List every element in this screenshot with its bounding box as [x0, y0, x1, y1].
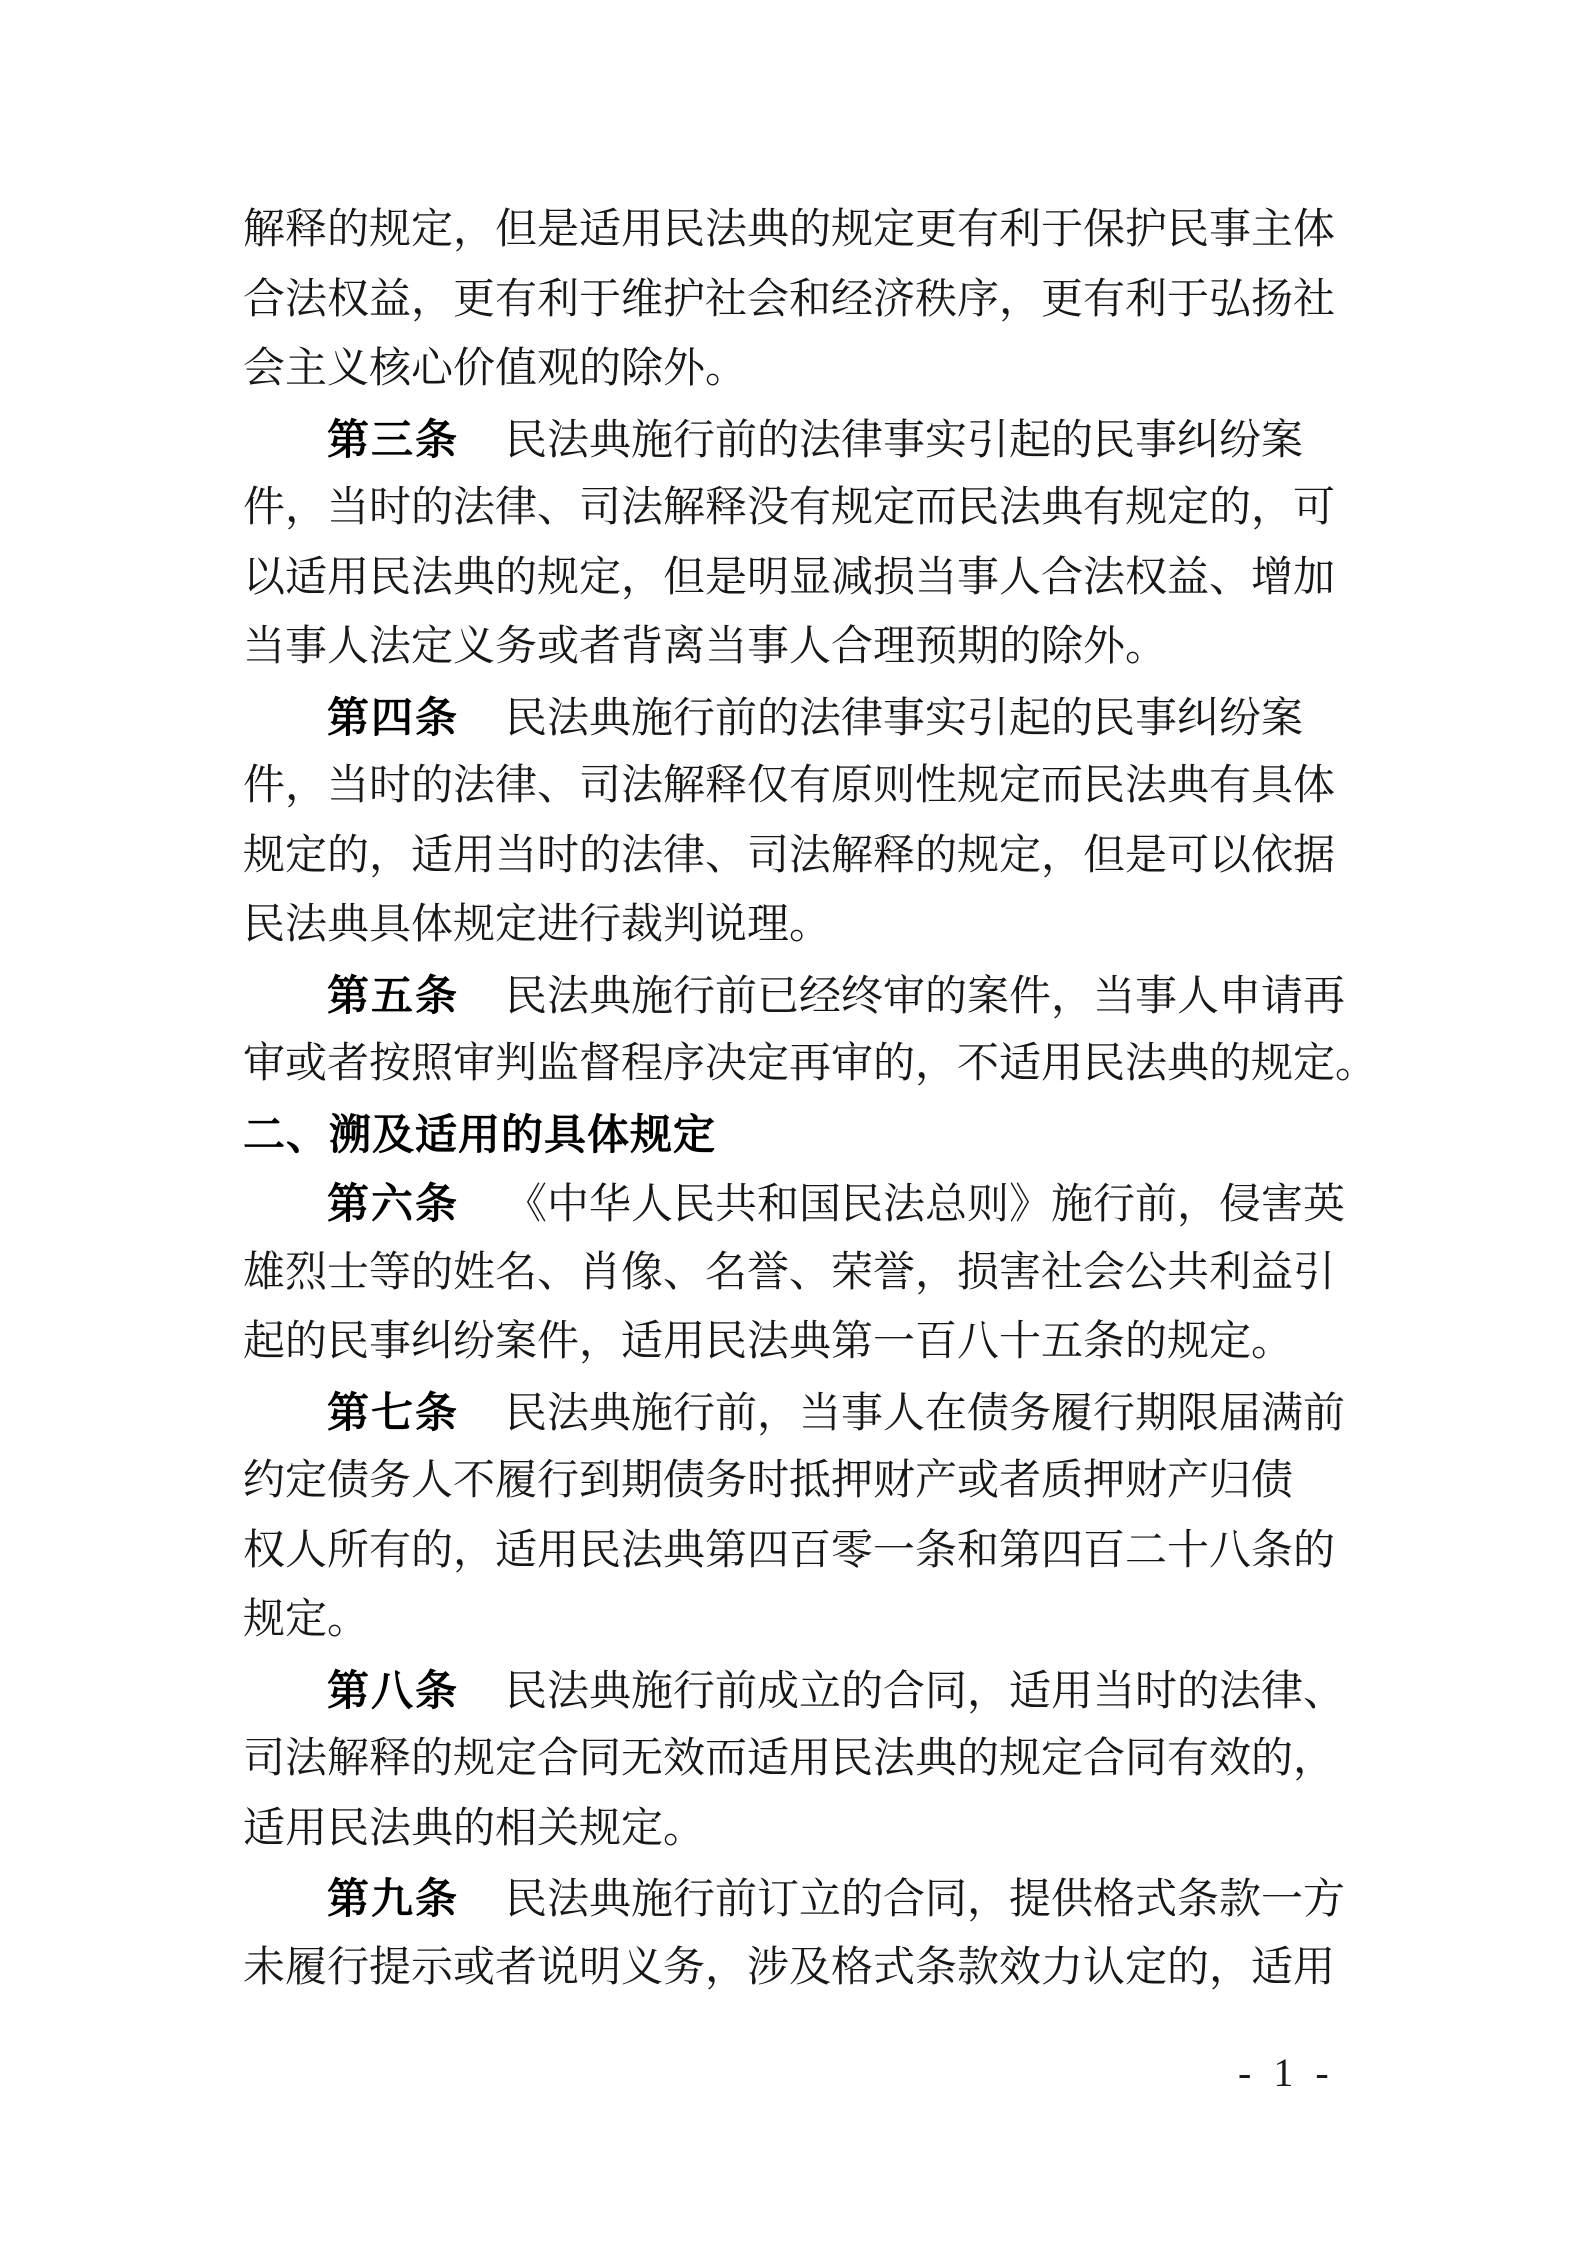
article-text: 民法典施行前的法律事实引起的民事纠纷案 [505, 418, 1303, 464]
article-text: 民法典施行前成立的合同，适用当时的法律、 [505, 1669, 1345, 1715]
document-body: 解释的规定，但是适用民法典的规定更有利于保护民事主体合法权益，更有利于维护社会和… [243, 196, 1343, 2003]
text-line: 规定的，适用当时的法律、司法解释的规定，但是可以依据 [243, 822, 1343, 892]
article-number: 第四条 [327, 694, 459, 741]
article-line: 第九条民法典施行前订立的合同，提供格式条款一方 [243, 1864, 1343, 1934]
text-line: 审或者按照审判监督程序决定再审的，不适用民法典的规定。 [243, 1030, 1343, 1100]
article-number: 第三条 [327, 416, 459, 463]
text-line: 会主义核心价值观的除外。 [243, 335, 1343, 405]
text-line: 解释的规定，但是适用民法典的规定更有利于保护民事主体 [243, 196, 1343, 266]
document-page: 解释的规定，但是适用民法典的规定更有利于保护民事主体合法权益，更有利于维护社会和… [0, 0, 1587, 2245]
article-text: 民法典施行前，当事人在债务履行期限届满前 [505, 1391, 1345, 1437]
text-line: 未履行提示或者说明义务，涉及格式条款效力认定的，适用 [243, 1934, 1343, 2004]
article-number: 第九条 [327, 1875, 459, 1922]
article-text: 民法典施行前的法律事实引起的民事纠纷案 [505, 696, 1303, 742]
article-text: 民法典施行前订立的合同，提供格式条款一方 [505, 1877, 1345, 1923]
article-number: 第八条 [327, 1667, 459, 1714]
text-line: 雄烈士等的姓名、肖像、名誉、荣誉，损害社会公共利益引 [243, 1239, 1343, 1309]
text-line: 以适用民法典的规定，但是明显减损当事人合法权益、增加 [243, 544, 1343, 614]
article-line: 第七条民法典施行前，当事人在债务履行期限届满前 [243, 1378, 1343, 1448]
article-line: 第五条民法典施行前已经终审的案件，当事人申请再 [243, 961, 1343, 1031]
text-line: 当事人法定义务或者背离当事人合理预期的除外。 [243, 613, 1343, 683]
article-line: 第四条民法典施行前的法律事实引起的民事纠纷案 [243, 683, 1343, 753]
text-line: 合法权益，更有利于维护社会和经济秩序，更有利于弘扬社 [243, 266, 1343, 336]
article-number: 第六条 [327, 1180, 459, 1227]
article-text: 民法典施行前已经终审的案件，当事人申请再 [505, 974, 1345, 1020]
section-heading: 二、溯及适用的具体规定 [243, 1100, 1343, 1170]
article-line: 第三条民法典施行前的法律事实引起的民事纠纷案 [243, 405, 1343, 475]
text-line: 民法典具体规定进行裁判说理。 [243, 891, 1343, 961]
text-line: 规定。 [243, 1586, 1343, 1656]
article-number: 第七条 [327, 1389, 459, 1436]
article-number: 第五条 [327, 972, 459, 1019]
article-line: 第六条《中华人民共和国民法总则》施行前，侵害英 [243, 1169, 1343, 1239]
page-number: - 1 - [1238, 2050, 1335, 2096]
text-line: 适用民法典的相关规定。 [243, 1795, 1343, 1865]
article-text: 《中华人民共和国民法总则》施行前，侵害英 [505, 1182, 1345, 1228]
text-line: 约定债务人不履行到期债务时抵押财产或者质押财产归债 [243, 1447, 1343, 1517]
text-line: 权人所有的，适用民法典第四百零一条和第四百二十八条的 [243, 1517, 1343, 1587]
text-line: 件，当时的法律、司法解释没有规定而民法典有规定的，可 [243, 474, 1343, 544]
text-line: 起的民事纠纷案件，适用民法典第一百八十五条的规定。 [243, 1308, 1343, 1378]
text-line: 件，当时的法律、司法解释仅有原则性规定而民法典有具体 [243, 752, 1343, 822]
article-line: 第八条民法典施行前成立的合同，适用当时的法律、 [243, 1656, 1343, 1726]
text-line: 司法解释的规定合同无效而适用民法典的规定合同有效的， [243, 1725, 1343, 1795]
